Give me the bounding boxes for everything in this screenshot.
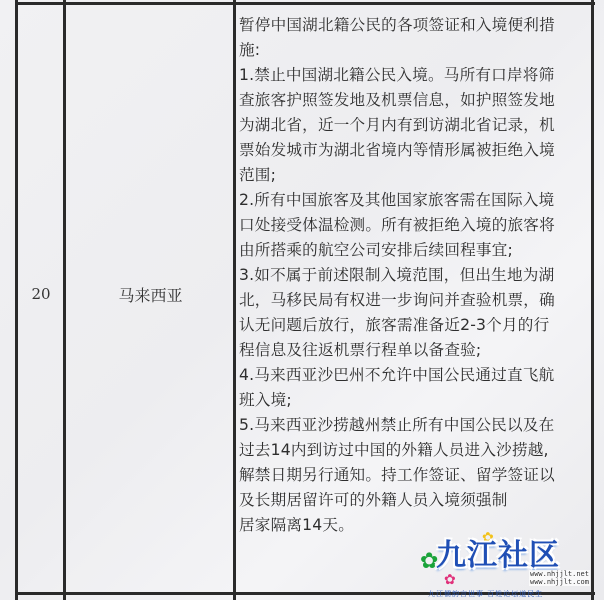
policy-line: 范围; [239, 163, 591, 188]
flower-icon: ✿ [444, 572, 456, 588]
policy-line: 过去14内到访过中国的外籍人员进入沙捞越, [239, 438, 591, 463]
policy-line: 1.禁止中国湖北籍公民入境。马所有口岸将筛 [239, 63, 591, 88]
policy-line: 北，马移民局有权进一步询问并查验机票，确 [239, 288, 591, 313]
policy-line: 认无问题后放行，旅客需准备近2-3个月的行 [239, 313, 591, 338]
watermark-url: www.nhjjlt.com [529, 578, 590, 586]
policy-line: 暂停中国湖北籍公民的各项签证和入境便利措 [239, 13, 591, 38]
policy-line: 由所搭乘的航空公司安排后续回程事宜; [239, 238, 591, 263]
document-page: 20 马来西亚 暂停中国湖北籍公民的各项签证和入境便利措 施: 1.禁止中国湖北… [0, 0, 604, 600]
policy-line: 班入境; [239, 388, 591, 413]
table-border-right [591, 0, 594, 600]
policy-line: 查旅客护照签发地及机票信息，如护照签发地 [239, 88, 591, 113]
policy-line: 施: [239, 38, 591, 63]
policy-line: 为湖北省，近一个月内有到访湖北省记录，机 [239, 113, 591, 138]
policy-line: 5.马来西亚沙捞越州禁止所有中国公民以及在 [239, 413, 591, 438]
watermark-logo-text: 九江社区 [436, 530, 560, 574]
row-index-cell: 20 [18, 285, 64, 303]
watermark-url: www.nhjjlt.net [529, 570, 590, 578]
watermark-slogan: 九江儒韵言世事 百姓论坛道民生 [428, 589, 543, 599]
policy-line: 程信息及往返机票行程单以备查验; [239, 338, 591, 363]
row-divider-top [15, 2, 595, 5]
policy-line: 4.马来西亚沙巴州不允许中国公民通过直飞航 [239, 363, 591, 388]
policy-cell: 暂停中国湖北籍公民的各项签证和入境便利措 施: 1.禁止中国湖北籍公民入境。马所… [239, 13, 591, 538]
policy-line: 3.如不属于前述限制入境范围，但出生地为湖 [239, 263, 591, 288]
policy-line: 及长期居留许可的外籍人员入境须强制 [239, 488, 591, 513]
site-watermark: ✿ ✿ ✿ 九江社区 www.nhjjlt.net www.nhjjlt.com… [420, 530, 596, 600]
country-cell: 马来西亚 [67, 283, 234, 306]
policy-line: 解禁日期另行通知。持工作签证、留学签证以 [239, 463, 591, 488]
policy-line: 口处接受体温检测。所有被拒绝入境的旅客将 [239, 213, 591, 238]
policy-line: 票始发城市为湖北省境内等情形属被拒绝入境 [239, 138, 591, 163]
policy-line: 2.所有中国旅客及其他国家旅客需在国际入境 [239, 188, 591, 213]
